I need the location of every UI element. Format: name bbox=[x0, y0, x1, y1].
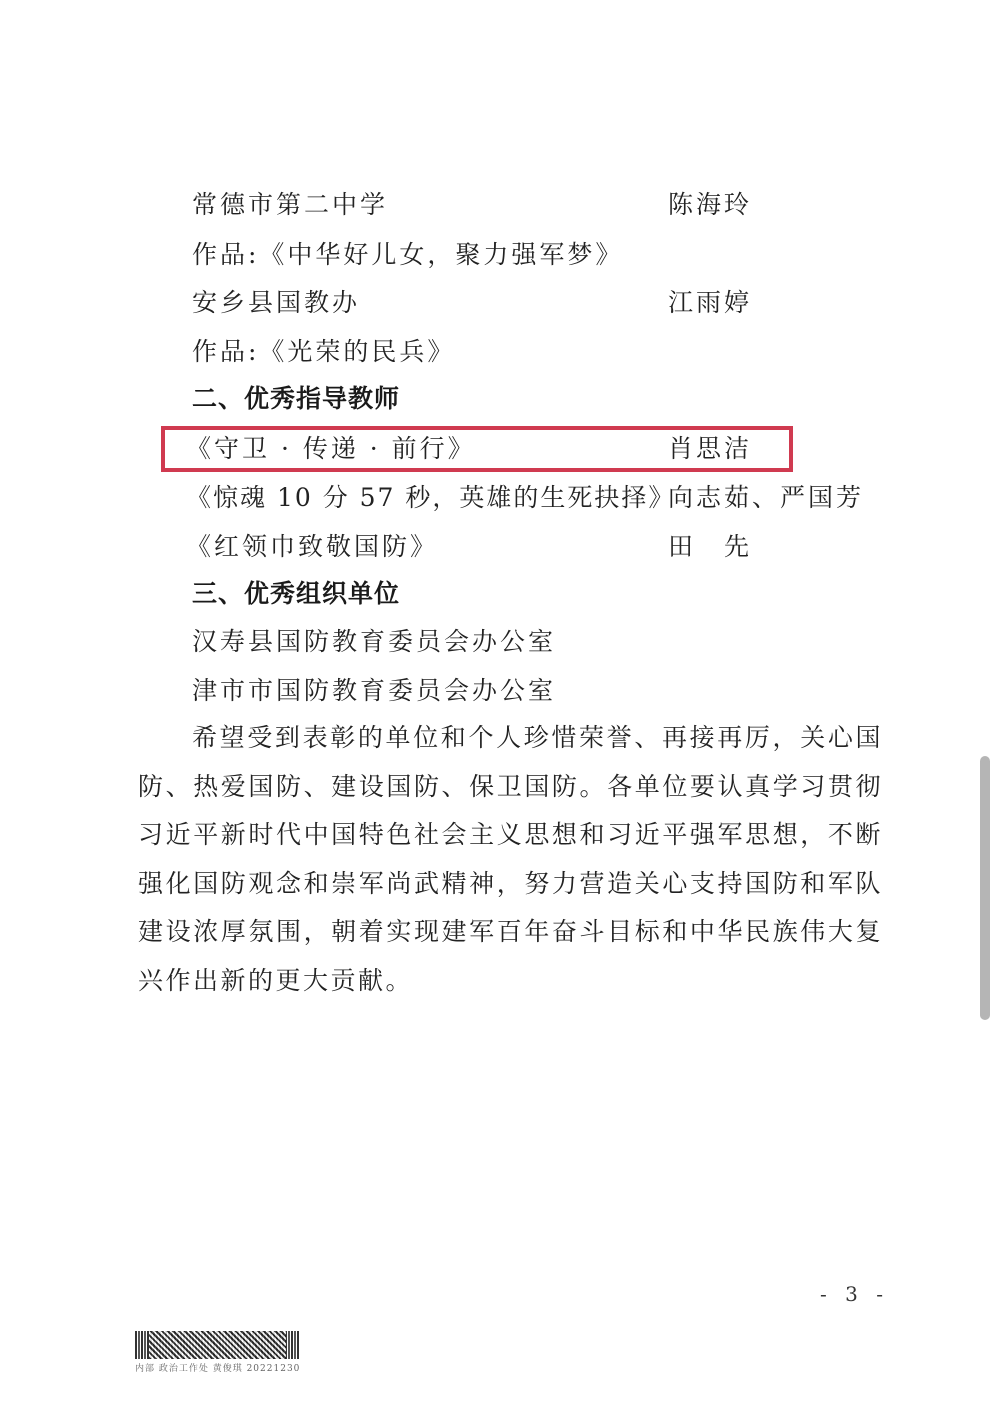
page-number: - 3 - bbox=[820, 1282, 889, 1306]
award-unit: 安乡县国教办 bbox=[192, 288, 360, 318]
award-person: 陈海玲 bbox=[668, 190, 752, 220]
award-person: 江雨婷 bbox=[668, 288, 752, 318]
vertical-scrollbar[interactable] bbox=[980, 756, 990, 1020]
award-work: 作品:《中华好儿女，聚力强军梦》 bbox=[192, 240, 623, 270]
org-unit: 汉寿县国防教育委员会办公室 bbox=[192, 627, 556, 657]
teacher-row-name: 肖思洁 bbox=[668, 434, 752, 464]
award-work: 作品:《光荣的民兵》 bbox=[192, 337, 455, 367]
section-heading-teachers: 二、优秀指导教师 bbox=[192, 384, 400, 414]
teacher-row-title: 《守卫 · 传递 · 前行》 bbox=[186, 434, 476, 464]
award-unit: 常德市第二中学 bbox=[192, 190, 388, 220]
barcode-icon bbox=[135, 1331, 300, 1359]
barcode-caption: 内部 政治工作处 黄俊琪 20221230 bbox=[135, 1361, 300, 1374]
teacher-row-name: 向志茹、严国芳 bbox=[668, 483, 864, 513]
section-heading-units: 三、优秀组织单位 bbox=[192, 579, 400, 609]
teacher-row-name: 田 先 bbox=[668, 532, 752, 562]
teacher-row-title: 《红领巾致敬国防》 bbox=[186, 532, 438, 562]
teacher-row-title: 《惊魂 10 分 57 秒，英雄的生死抉择》 bbox=[186, 483, 675, 513]
closing-paragraph: 希望受到表彰的单位和个人珍惜荣誉、再接再厉，关心国防、热爱国防、建设国防、保卫国… bbox=[138, 714, 883, 1005]
org-unit: 津市市国防教育委员会办公室 bbox=[192, 676, 556, 706]
